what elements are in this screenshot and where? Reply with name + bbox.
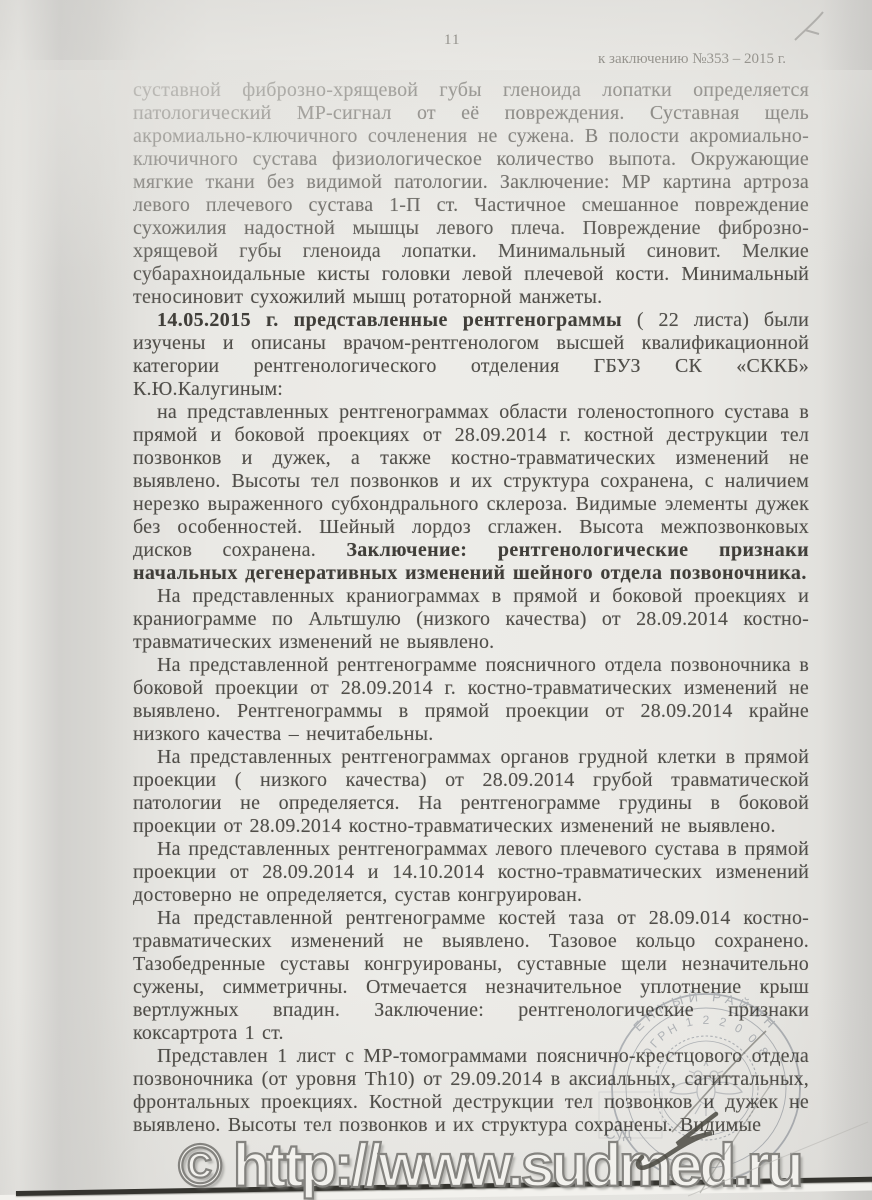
paragraph: 14.05.2015 г. представленные рентгеногра…	[133, 309, 809, 401]
text-run: На представленной рентгенограмме пояснич…	[133, 654, 809, 745]
pen-mark	[795, 12, 823, 40]
text-run: 14.05.2015 г. представленные рентгеногра…	[157, 309, 622, 331]
paragraph: На представленных рентгенограммах левого…	[133, 838, 809, 907]
paragraph: на представленных рентгенограммах област…	[133, 401, 809, 585]
header-note: к заключению №353 – 2015 г.	[598, 51, 786, 68]
scanned-document-page: 11 к заключению №353 – 2015 г. суставной…	[0, 0, 872, 1200]
paragraph: суставной фиброзно-хрящевой губы гленоид…	[133, 79, 809, 309]
double-eagle-icon	[670, 1062, 742, 1116]
stamp-dotted-ring	[654, 1036, 758, 1140]
stamp-inner-arc-text: ОГРН 1 2 2 0 0 8	[639, 1013, 772, 1061]
text-run: На представленных рентгенограммах левого…	[133, 838, 809, 906]
document-body: суставной фиброзно-хрящевой губы гленоид…	[133, 79, 809, 1137]
text-run: на представленных рентгенограммах област…	[133, 401, 809, 561]
paragraph: На представленной рентгенограмме пояснич…	[133, 654, 809, 746]
text-run: суставной фиброзно-хрящевой губы гленоид…	[133, 79, 809, 308]
paragraph: На представленных рентгенограммах органо…	[133, 746, 809, 838]
text-run: На представленных краниограммах в прямой…	[133, 585, 809, 653]
paragraph: На представленных краниограммах в прямой…	[133, 585, 809, 654]
watermark-text: © http://www.sudmed.ru	[178, 1131, 801, 1200]
svg-text:ОГРН 1 2 2 0 0 8: ОГРН 1 2 2 0 0 8	[639, 1013, 772, 1061]
text-run: На представленных рентгенограммах органо…	[133, 746, 809, 837]
page-number: 11	[444, 32, 460, 49]
